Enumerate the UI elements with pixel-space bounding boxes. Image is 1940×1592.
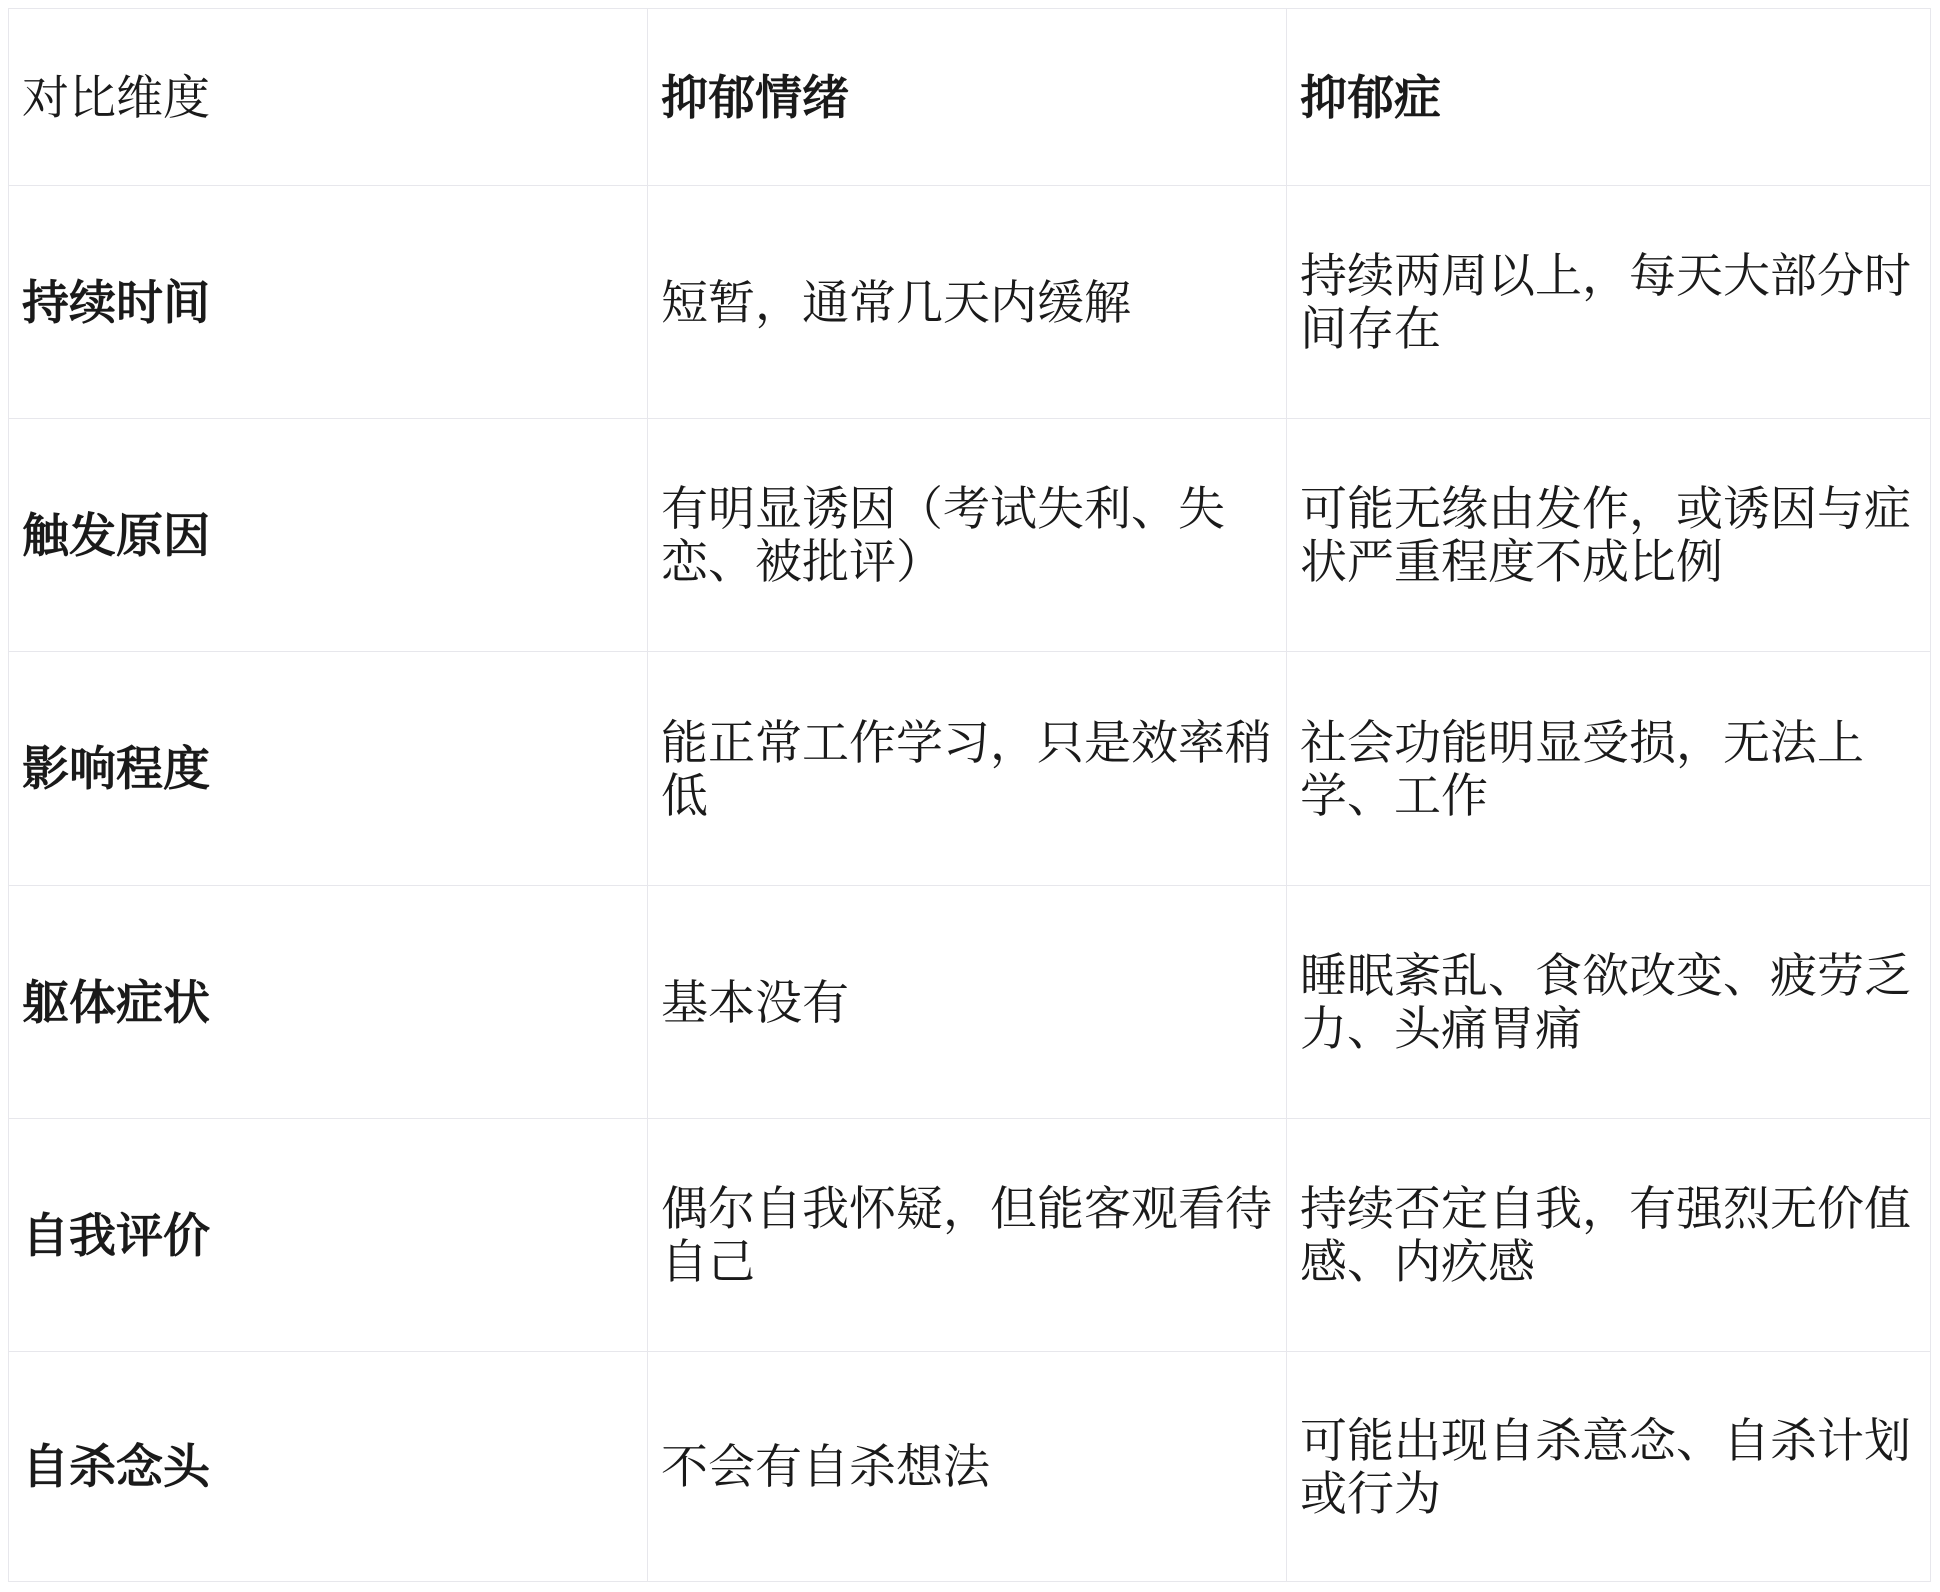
table-row-impact: 影响程度 能正常工作学习，只是效率稍低 社会功能明显受损，无法上学、工作 [9,652,1931,886]
row-label-impact: 影响程度 [9,652,648,886]
table-row-duration: 持续时间 短暂，通常几天内缓解 持续两周以上，每天大部分时间存在 [9,186,1931,419]
comparison-table: 对比维度 抑郁情绪 抑郁症 持续时间 短暂，通常几天内缓解 持续两周以上，每天大… [8,8,1931,1582]
duration-disorder-cell: 持续两周以上，每天大部分时间存在 [1287,186,1931,419]
self-evaluation-mood-cell: 偶尔自我怀疑，但能客观看待自己 [648,1119,1287,1352]
row-label-self-evaluation: 自我评价 [9,1119,648,1352]
suicidal-thoughts-mood-cell: 不会有自杀想法 [648,1352,1287,1582]
duration-mood-cell: 短暂，通常几天内缓解 [648,186,1287,419]
row-label-duration: 持续时间 [9,186,648,419]
row-label-suicidal-thoughts: 自杀念头 [9,1352,648,1582]
trigger-mood-cell: 有明显诱因（考试失利、失恋、被批评） [648,419,1287,652]
table-row-trigger: 触发原因 有明显诱因（考试失利、失恋、被批评） 可能无缘由发作，或诱因与症状严重… [9,419,1931,652]
impact-mood-cell: 能正常工作学习，只是效率稍低 [648,652,1287,886]
somatic-disorder-cell: 睡眠紊乱、食欲改变、疲劳乏力、头痛胃痛 [1287,886,1931,1119]
header-depressed-mood: 抑郁情绪 [648,9,1287,186]
table-row-suicidal-thoughts: 自杀念头 不会有自杀想法 可能出现自杀意念、自杀计划或行为 [9,1352,1931,1582]
self-evaluation-disorder-cell: 持续否定自我，有强烈无价值感、内疚感 [1287,1119,1931,1352]
table-row-self-evaluation: 自我评价 偶尔自我怀疑，但能客观看待自己 持续否定自我，有强烈无价值感、内疚感 [9,1119,1931,1352]
row-label-trigger: 触发原因 [9,419,648,652]
table-row-somatic: 躯体症状 基本没有 睡眠紊乱、食欲改变、疲劳乏力、头痛胃痛 [9,886,1931,1119]
header-row: 对比维度 抑郁情绪 抑郁症 [9,9,1931,186]
impact-disorder-cell: 社会功能明显受损，无法上学、工作 [1287,652,1931,886]
header-dimension: 对比维度 [9,9,648,186]
page-content: 对比维度 抑郁情绪 抑郁症 持续时间 短暂，通常几天内缓解 持续两周以上，每天大… [0,0,1940,1592]
row-label-somatic: 躯体症状 [9,886,648,1119]
trigger-disorder-cell: 可能无缘由发作，或诱因与症状严重程度不成比例 [1287,419,1931,652]
suicidal-thoughts-disorder-cell: 可能出现自杀意念、自杀计划或行为 [1287,1352,1931,1582]
header-depression: 抑郁症 [1287,9,1931,186]
somatic-mood-cell: 基本没有 [648,886,1287,1119]
